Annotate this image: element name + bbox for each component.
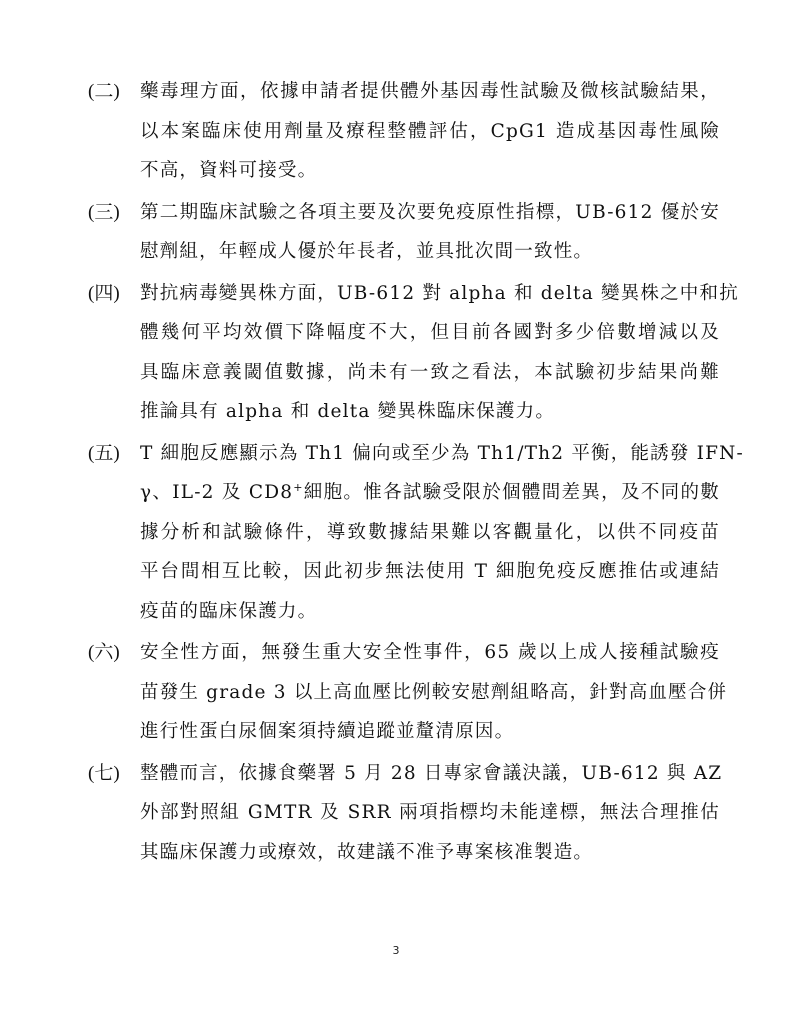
item-label: (三) [88,193,120,233]
item-label: (四) [88,274,120,314]
page-number: 3 [0,944,792,957]
list-item-2: (二) 藥毒理方面，依據申請者提供體外基因毒性試驗及微核試驗結果， 以本案臨床使… [88,72,720,191]
text-line: 安全性方面，無發生重大安全性事件，65 歲以上成人接種試驗疫 [140,633,720,673]
superscript-plus: + [293,481,303,494]
item-label: (七) [88,754,120,794]
text-line: 對抗病毒變異株方面，UB-612 對 alpha 和 delta 變異株之中和抗 [140,274,720,314]
text-line: 第二期臨床試驗之各項主要及次要免疫原性指標，UB-612 優於安 [140,193,720,233]
text-line: 整體而言，依據食藥署 5 月 28 日專家會議決議，UB-612 與 AZ [140,754,720,794]
text-line: γ、IL-2 及 CD8+細胞。惟各試驗受限於個體間差異，及不同的數 [140,473,720,513]
text-line: 進行性蛋白尿個案須持續追蹤並釐清原因。 [140,712,720,752]
item-label: (六) [88,633,120,673]
text-line: 外部對照組 GMTR 及 SRR 兩項指標均未能達標，無法合理推估 [140,793,720,833]
text-line: 其臨床保護力或療效，故建議不准予專案核准製造。 [140,833,720,873]
text-line: T 細胞反應顯示為 Th1 偏向或至少為 Th1/Th2 平衡，能誘發 IFN- [140,434,720,474]
text-line: 以本案臨床使用劑量及療程整體評估，CpG1 造成基因毒性風險 [140,112,720,152]
document-page: (二) 藥毒理方面，依據申請者提供體外基因毒性試驗及微核試驗結果， 以本案臨床使… [0,0,792,1025]
list-item-7: (七) 整體而言，依據食藥署 5 月 28 日專家會議決議，UB-612 與 A… [88,754,720,873]
text-line: 體幾何平均效價下降幅度不大，但目前各國對多少倍數增減以及 [140,313,720,353]
text-line: 藥毒理方面，依據申請者提供體外基因毒性試驗及微核試驗結果， [140,72,720,112]
document-body: (二) 藥毒理方面，依據申請者提供體外基因毒性試驗及微核試驗結果， 以本案臨床使… [88,72,720,874]
item-label: (二) [88,72,120,112]
item-label: (五) [88,434,120,474]
text-line: 苗發生 grade 3 以上高血壓比例較安慰劑組略高，針對高血壓合併 [140,673,720,713]
text-line: 不高，資料可接受。 [140,151,720,191]
text-line: 具臨床意義閾值數據，尚未有一致之看法，本試驗初步結果尚難 [140,353,720,393]
text-segment: γ、IL-2 及 CD8 [140,482,293,503]
text-line: 平台間相互比較，因此初步無法使用 T 細胞免疫反應推估或連結 [140,552,720,592]
text-line: 推論具有 alpha 和 delta 變異株臨床保護力。 [140,392,720,432]
list-item-4: (四) 對抗病毒變異株方面，UB-612 對 alpha 和 delta 變異株… [88,274,720,432]
text-line: 慰劑組，年輕成人優於年長者，並具批次間一致性。 [140,232,720,272]
list-item-3: (三) 第二期臨床試驗之各項主要及次要免疫原性指標，UB-612 優於安 慰劑組… [88,193,720,272]
list-item-5: (五) T 細胞反應顯示為 Th1 偏向或至少為 Th1/Th2 平衡，能誘發 … [88,434,720,632]
text-segment: 細胞。惟各試驗受限於個體間差異，及不同的數 [304,482,720,503]
text-line: 疫苗的臨床保護力。 [140,592,720,632]
text-line: 據分析和試驗條件，導致數據結果難以客觀量化，以供不同疫苗 [140,513,720,553]
list-item-6: (六) 安全性方面，無發生重大安全性事件，65 歲以上成人接種試驗疫 苗發生 g… [88,633,720,752]
